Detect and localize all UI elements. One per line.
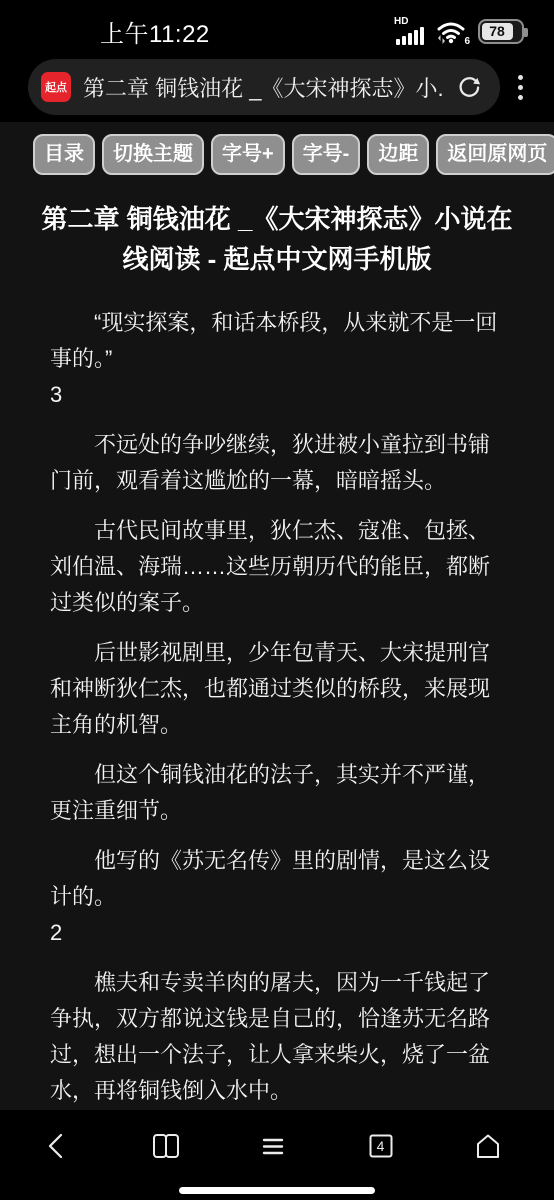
- paragraph: 樵夫和专卖羊肉的屠夫，因为一千钱起了争执，双方都说这钱是自己的，恰逢苏无名路过，…: [50, 965, 504, 1109]
- clock-label: 上午11:22: [100, 14, 210, 49]
- tab-count: 4: [359, 1128, 403, 1164]
- paragraph: “现实探案，和话本桥段，从来就不是一回事的。” 3: [50, 305, 504, 413]
- home-indicator[interactable]: [179, 1187, 375, 1194]
- reader-toolbar-button[interactable]: 切换主题: [102, 134, 204, 175]
- paragraph-text: 他写的《苏无名传》里的剧情，是这么设计的。: [50, 848, 490, 909]
- paragraph: 古代民间故事里，狄仁杰、寇准、包拯、刘伯温、海瑞……这些历朝历代的能臣，都断过类…: [50, 513, 504, 621]
- wifi-icon: 6: [434, 17, 468, 45]
- status-bar: 上午11:22 HD 6 78: [0, 0, 554, 56]
- article-title: 第二章 铜钱油花 _《大宋神探志》小说在线阅读 - 起点中文网手机版: [36, 199, 518, 279]
- paragraph-text: 樵夫和专卖羊肉的屠夫，因为一千钱起了争执，双方都说这钱是自己的，恰逢苏无名路过，…: [50, 970, 490, 1103]
- bottom-nav-bar: 4: [0, 1110, 554, 1200]
- reading-mode-button[interactable]: [144, 1128, 188, 1164]
- paragraph: 不远处的争吵继续，狄进被小童拉到书铺门前，观看着这尴尬的一幕，暗暗摇头。: [50, 427, 504, 499]
- dot-icon: [518, 75, 523, 80]
- paragraph-number-line: 2: [50, 915, 504, 951]
- hd-badge: HD: [394, 16, 408, 27]
- browser-address-bar: 起点 第二章 铜钱油花 _《大宋神探志》小...: [0, 56, 554, 122]
- paragraph-text: 后世影视剧里，少年包青天、大宋提刑官和神断狄仁杰，也都通过类似的桥段，来展现主角…: [50, 640, 490, 737]
- paragraph: 他写的《苏无名传》里的剧情，是这么设计的。 2: [50, 843, 504, 951]
- reader-toolbar: 目录 切换主题 字号+ 字号- 边距 返回原网页: [0, 122, 554, 175]
- paragraph-text: 古代民间故事里，狄仁杰、寇准、包拯、刘伯温、海瑞……这些历朝历代的能臣，都断过类…: [50, 518, 490, 615]
- reader-toolbar-button[interactable]: 返回原网页: [436, 134, 554, 175]
- paragraph-text: “现实探案，和话本桥段，从来就不是一回事的。”: [50, 310, 497, 371]
- reader-toolbar-button[interactable]: 字号+: [211, 134, 285, 175]
- phone-screen: 上午11:22 HD 6 78: [0, 0, 554, 1200]
- url-bar[interactable]: 起点 第二章 铜钱油花 _《大宋神探志》小...: [28, 59, 500, 115]
- back-button[interactable]: [36, 1128, 80, 1164]
- paragraph-number-line: 3: [50, 377, 504, 413]
- paragraph-text: 但这个铜钱油花的法子，其实并不严谨，更注重细节。: [50, 762, 490, 823]
- paragraph: 但这个铜钱油花的法子，其实并不严谨，更注重细节。: [50, 757, 504, 829]
- paragraph-text: 不远处的争吵继续，狄进被小童拉到书铺门前，观看着这尴尬的一幕，暗暗摇头。: [50, 432, 490, 493]
- home-button[interactable]: [466, 1128, 510, 1164]
- dot-icon: [518, 95, 523, 100]
- menu-button[interactable]: [251, 1128, 295, 1164]
- tabs-button[interactable]: 4: [359, 1128, 403, 1164]
- reader-toolbar-button[interactable]: 字号-: [292, 134, 361, 175]
- battery-percent: 78: [480, 21, 522, 42]
- status-icons: HD 6 78: [396, 17, 524, 45]
- browser-menu-button[interactable]: [500, 59, 540, 115]
- article-body: “现实探案，和话本桥段，从来就不是一回事的。” 3 不远处的争吵继续，狄进被小童…: [0, 305, 554, 1109]
- signal-bars-icon: [396, 27, 424, 45]
- page-title-url[interactable]: 第二章 铜钱油花 _《大宋神探志》小...: [83, 72, 442, 103]
- webpage-content: 目录 切换主题 字号+ 字号- 边距 返回原网页 第二章 铜钱油花 _《大宋神探…: [0, 122, 554, 1110]
- refresh-button[interactable]: [454, 72, 484, 102]
- wifi6-badge: 6: [464, 36, 470, 47]
- cell-signal-icon: HD: [396, 17, 424, 45]
- paragraph: 后世影视剧里，少年包青天、大宋提刑官和神断狄仁杰，也都通过类似的桥段，来展现主角…: [50, 635, 504, 743]
- battery-icon: 78: [478, 19, 524, 44]
- reader-toolbar-button[interactable]: 边距: [367, 134, 429, 175]
- reader-toolbar-button[interactable]: 目录: [33, 134, 95, 175]
- dot-icon: [518, 85, 523, 90]
- site-favicon: 起点: [41, 72, 71, 102]
- battery-nub: [524, 28, 528, 37]
